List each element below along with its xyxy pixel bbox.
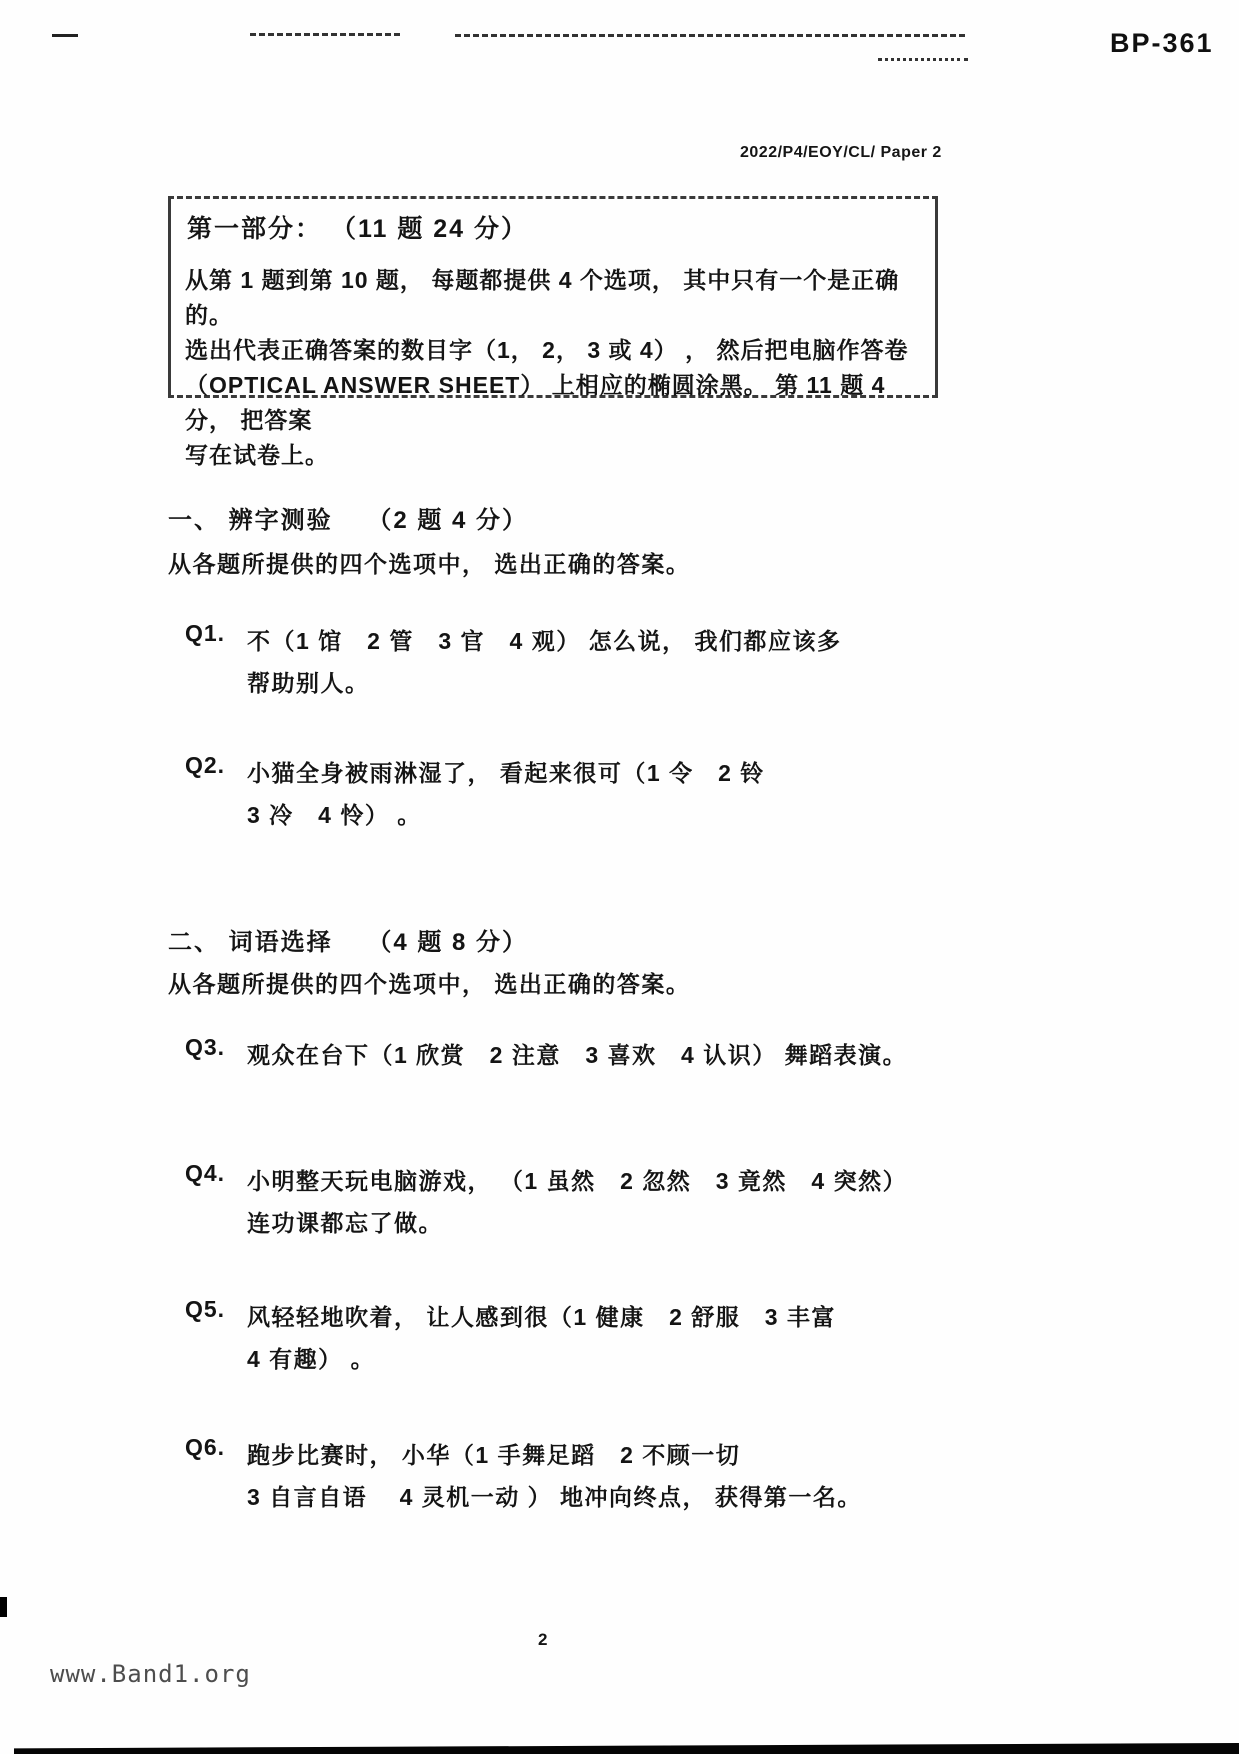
question-q2: Q2. 小猫全身被雨淋湿了， 看起来很可（1 令 2 铃 3 冷 4 怜） 。 [185, 752, 765, 836]
question-line: 小明整天玩电脑游戏， （1 虽然 2 忽然 3 竟然 4 突然） [247, 1160, 907, 1202]
question-line: 观众在台下（1 欣赏 2 注意 3 喜欢 4 认识） 舞蹈表演。 [247, 1034, 907, 1076]
scan-code: BP-361 [1110, 28, 1214, 59]
question-number: Q6. [185, 1434, 247, 1461]
question-text: 观众在台下（1 欣赏 2 注意 3 喜欢 4 认识） 舞蹈表演。 [247, 1034, 907, 1076]
scan-artifact-dashed-line [455, 34, 965, 37]
question-q3: Q3. 观众在台下（1 欣赏 2 注意 3 喜欢 4 认识） 舞蹈表演。 [185, 1034, 907, 1076]
instructions-line: （OPTICAL ANSWER SHEET） 上相应的椭圆涂黑。 第 11 题 … [185, 368, 923, 438]
question-q4: Q4. 小明整天玩电脑游戏， （1 虽然 2 忽然 3 竟然 4 突然） 连功课… [185, 1160, 907, 1244]
question-number: Q2. [185, 752, 247, 779]
question-line: 不（1 馆 2 管 3 官 4 观） 怎么说， 我们都应该多 [247, 620, 842, 662]
question-number: Q5. [185, 1296, 247, 1323]
question-number: Q4. [185, 1160, 247, 1187]
question-q6: Q6. 跑步比赛时， 小华（1 手舞足蹈 2 不顾一切 3 自言自语 4 灵机一… [185, 1434, 862, 1518]
section-1-heading: 一、 辨字测验 （2 题 4 分） [168, 500, 528, 535]
question-line: 帮助别人。 [247, 662, 842, 704]
scan-artifact-edge-mark [0, 1597, 7, 1617]
question-line: 3 自言自语 4 灵机一动 ） 地冲向终点， 获得第一名。 [247, 1476, 862, 1518]
paper-reference: 2022/P4/EOY/CL/ Paper 2 [740, 144, 942, 162]
question-q1: Q1. 不（1 馆 2 管 3 官 4 观） 怎么说， 我们都应该多 帮助别人。 [185, 620, 842, 704]
question-line: 跑步比赛时， 小华（1 手舞足蹈 2 不顾一切 [247, 1434, 862, 1476]
question-line: 4 有趣） 。 [247, 1338, 836, 1380]
scan-artifact-dashed-line [250, 33, 400, 36]
question-text: 跑步比赛时， 小华（1 手舞足蹈 2 不顾一切 3 自言自语 4 灵机一动 ） … [247, 1434, 862, 1518]
question-line: 连功课都忘了做。 [247, 1202, 907, 1244]
question-text: 小猫全身被雨淋湿了， 看起来很可（1 令 2 铃 3 冷 4 怜） 。 [247, 752, 765, 836]
question-line: 小猫全身被雨淋湿了， 看起来很可（1 令 2 铃 [247, 752, 765, 794]
question-text: 风轻轻地吹着， 让人感到很（1 健康 2 舒服 3 丰富 4 有趣） 。 [247, 1296, 836, 1380]
question-line: 风轻轻地吹着， 让人感到很（1 健康 2 舒服 3 丰富 [247, 1296, 836, 1338]
instructions-line: 选出代表正确答案的数目字（1， 2， 3 或 4） ， 然后把电脑作答卷 [185, 333, 923, 368]
instructions-paragraph: 从第 1 题到第 10 题， 每题都提供 4 个选项， 其中只有一个是正确的。 … [185, 263, 923, 473]
scan-artifact-dotted-line [878, 58, 968, 61]
section-part-title: 第一部分： （11 题 24 分） [187, 209, 935, 245]
question-text: 不（1 馆 2 管 3 官 4 观） 怎么说， 我们都应该多 帮助别人。 [247, 620, 842, 704]
question-text: 小明整天玩电脑游戏， （1 虽然 2 忽然 3 竟然 4 突然） 连功课都忘了做… [247, 1160, 907, 1244]
question-number: Q1. [185, 620, 247, 647]
scan-artifact-dash [52, 34, 78, 37]
section-1-instruction: 从各题所提供的四个选项中， 选出正确的答案。 [168, 546, 690, 579]
page-number: 2 [538, 1630, 547, 1650]
instructions-line: 从第 1 题到第 10 题， 每题都提供 4 个选项， 其中只有一个是正确的。 [185, 263, 923, 333]
instructions-box: 第一部分： （11 题 24 分） 从第 1 题到第 10 题， 每题都提供 4… [168, 196, 938, 398]
scan-artifact-bottom-bar [14, 1743, 1239, 1754]
question-number: Q3. [185, 1034, 247, 1061]
question-q5: Q5. 风轻轻地吹着， 让人感到很（1 健康 2 舒服 3 丰富 4 有趣） 。 [185, 1296, 836, 1380]
question-line: 3 冷 4 怜） 。 [247, 794, 765, 836]
watermark-url: www.Band1.org [50, 1660, 251, 1688]
section-2-instruction: 从各题所提供的四个选项中， 选出正确的答案。 [168, 966, 690, 999]
instructions-line: 写在试卷上。 [185, 438, 923, 473]
section-2-heading: 二、 词语选择 （4 题 8 分） [168, 922, 528, 957]
